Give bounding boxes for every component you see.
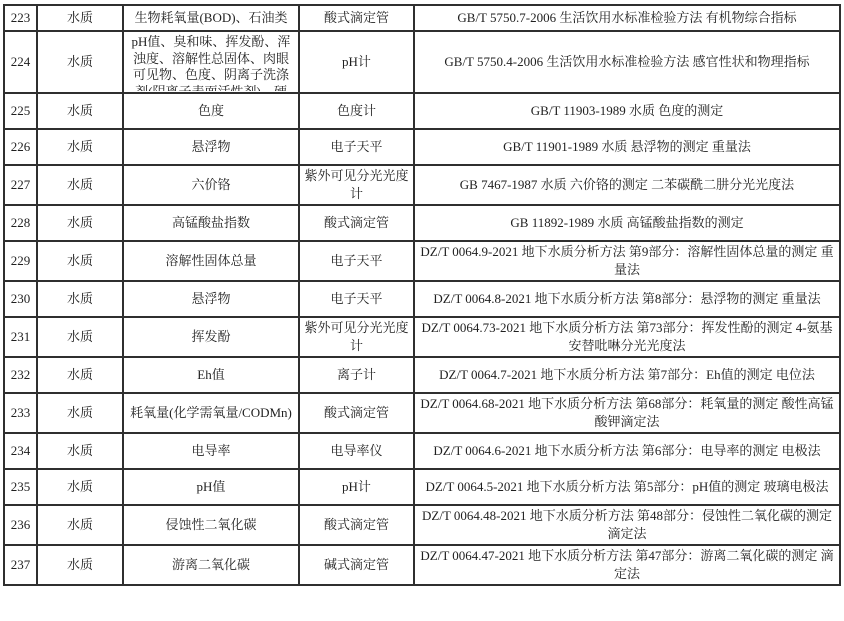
category-text: 水质 (67, 10, 93, 25)
cell-instrument: 紫外可见分光光度计 (299, 317, 414, 357)
parameter-text: 耗氧量(化学需氧量/CODMn) (130, 405, 292, 420)
table-row: 226 水质 悬浮物 电子天平 GB/T 11901-1989 水质 悬浮物的测… (4, 129, 840, 165)
cell-row-number: 227 (4, 165, 37, 205)
instrument-text: 酸式滴定管 (324, 10, 389, 25)
parameter-text: 游离二氧化碳 (172, 557, 250, 572)
parameter-text: 六价铬 (191, 177, 230, 192)
category-text: 水质 (67, 443, 93, 458)
parameter-text: pH值、臭和味、挥发酚、浑浊度、溶解性总固体、肉眼可见物、色度、阴离子洗涤剂(阴… (127, 33, 295, 91)
standard-text: DZ/T 0064.8-2021 地下水质分析方法 第8部分：悬浮物的测定 重量… (433, 291, 820, 306)
cell-parameter: 挥发酚 (123, 317, 299, 357)
category-text: 水质 (67, 557, 93, 572)
parameter-text: 电导率 (191, 443, 230, 458)
cell-parameter: 高锰酸盐指数 (123, 205, 299, 241)
cell-category: 水质 (37, 5, 123, 31)
category-text: 水质 (67, 405, 93, 420)
row-number-text: 225 (11, 103, 31, 118)
cell-row-number: 237 (4, 545, 37, 585)
parameter-text: 溶解性固体总量 (165, 253, 256, 268)
table-row: 230 水质 悬浮物 电子天平 DZ/T 0064.8-2021 地下水质分析方… (4, 281, 840, 317)
table-row: 236 水质 侵蚀性二氧化碳 酸式滴定管 DZ/T 0064.48-2021 地… (4, 505, 840, 545)
cell-standard: GB 7467-1987 水质 六价铬的测定 二苯碳酰二肼分光光度法 (414, 165, 840, 205)
cell-category: 水质 (37, 469, 123, 505)
cell-row-number: 228 (4, 205, 37, 241)
instrument-text: 紫外可见分光光度计 (304, 320, 408, 353)
cell-parameter: 悬浮物 (123, 129, 299, 165)
category-text: 水质 (67, 291, 93, 306)
cell-category: 水质 (37, 545, 123, 585)
row-number-text: 236 (11, 517, 31, 532)
document-page: 223 水质 生物耗氧量(BOD)、石油类 酸式滴定管 GB/T 5750.7-… (0, 0, 844, 621)
table-row: 235 水质 pH值 pH计 DZ/T 0064.5-2021 地下水质分析方法… (4, 469, 840, 505)
row-number-text: 235 (11, 479, 31, 494)
cell-category: 水质 (37, 317, 123, 357)
cell-parameter: 电导率 (123, 433, 299, 469)
standard-text: GB/T 11903-1989 水质 色度的测定 (531, 103, 723, 118)
table-row: 229 水质 溶解性固体总量 电子天平 DZ/T 0064.9-2021 地下水… (4, 241, 840, 281)
cell-instrument: 紫外可见分光光度计 (299, 165, 414, 205)
cell-standard: GB/T 5750.4-2006 生活饮用水标准检验方法 感官性状和物理指标 (414, 31, 840, 93)
instrument-text: 离子计 (337, 367, 376, 382)
cell-category: 水质 (37, 393, 123, 433)
instrument-text: 碱式滴定管 (324, 557, 389, 572)
parameter-text: 侵蚀性二氧化碳 (165, 517, 256, 532)
parameter-text: 悬浮物 (191, 139, 230, 154)
cell-standard: DZ/T 0064.6-2021 地下水质分析方法 第6部分：电导率的测定 电极… (414, 433, 840, 469)
cell-parameter: 耗氧量(化学需氧量/CODMn) (123, 393, 299, 433)
cell-category: 水质 (37, 505, 123, 545)
category-text: 水质 (67, 215, 93, 230)
cell-standard: DZ/T 0064.47-2021 地下水质分析方法 第47部分：游离二氧化碳的… (414, 545, 840, 585)
table-body: 223 水质 生物耗氧量(BOD)、石油类 酸式滴定管 GB/T 5750.7-… (4, 5, 840, 585)
standard-text: DZ/T 0064.68-2021 地下水质分析方法 第68部分：耗氧量的测定 … (420, 396, 833, 429)
cell-row-number: 233 (4, 393, 37, 433)
cell-row-number: 224 (4, 31, 37, 93)
instrument-text: 电子天平 (330, 291, 382, 306)
row-number-text: 233 (11, 405, 31, 420)
row-number-text: 224 (11, 54, 31, 69)
instrument-text: 电子天平 (330, 253, 382, 268)
cell-instrument: 离子计 (299, 357, 414, 393)
cell-instrument: 电子天平 (299, 129, 414, 165)
cell-row-number: 235 (4, 469, 37, 505)
cell-parameter: 悬浮物 (123, 281, 299, 317)
cell-standard: DZ/T 0064.73-2021 地下水质分析方法 第73部分：挥发性酚的测定… (414, 317, 840, 357)
cell-row-number: 232 (4, 357, 37, 393)
cell-standard: GB 11892-1989 水质 高锰酸盐指数的测定 (414, 205, 840, 241)
cell-parameter: pH值、臭和味、挥发酚、浑浊度、溶解性总固体、肉眼可见物、色度、阴离子洗涤剂(阴… (123, 31, 299, 93)
table-row: 225 水质 色度 色度计 GB/T 11903-1989 水质 色度的测定 (4, 93, 840, 129)
cell-category: 水质 (37, 129, 123, 165)
category-text: 水质 (67, 253, 93, 268)
cell-standard: GB/T 11901-1989 水质 悬浮物的测定 重量法 (414, 129, 840, 165)
table-row: 233 水质 耗氧量(化学需氧量/CODMn) 酸式滴定管 DZ/T 0064.… (4, 393, 840, 433)
cell-category: 水质 (37, 281, 123, 317)
parameter-text: 悬浮物 (191, 291, 230, 306)
standard-text: DZ/T 0064.48-2021 地下水质分析方法 第48部分：侵蚀性二氧化碳… (422, 508, 832, 541)
category-text: 水质 (67, 177, 93, 192)
standard-text: DZ/T 0064.7-2021 地下水质分析方法 第7部分：Eh值的测定 电位… (439, 367, 815, 382)
standard-text: DZ/T 0064.6-2021 地下水质分析方法 第6部分：电导率的测定 电极… (433, 443, 820, 458)
row-number-text: 223 (11, 10, 31, 25)
instrument-text: 色度计 (337, 103, 376, 118)
standard-text: GB/T 5750.7-2006 生活饮用水标准检验方法 有机物综合指标 (457, 10, 796, 25)
parameter-text: 高锰酸盐指数 (172, 215, 250, 230)
standard-text: GB 7467-1987 水质 六价铬的测定 二苯碳酰二肼分光光度法 (460, 177, 794, 192)
instrument-text: pH计 (342, 479, 371, 494)
cell-instrument: 酸式滴定管 (299, 505, 414, 545)
row-number-text: 226 (11, 139, 31, 154)
cell-category: 水质 (37, 205, 123, 241)
standard-text: DZ/T 0064.73-2021 地下水质分析方法 第73部分：挥发性酚的测定… (421, 320, 832, 353)
category-text: 水质 (67, 367, 93, 382)
standard-text: DZ/T 0064.47-2021 地下水质分析方法 第47部分：游离二氧化碳的… (420, 548, 833, 581)
cell-instrument: 电子天平 (299, 241, 414, 281)
category-text: 水质 (67, 479, 93, 494)
table-row: 231 水质 挥发酚 紫外可见分光光度计 DZ/T 0064.73-2021 地… (4, 317, 840, 357)
parameter-text: pH值 (197, 479, 226, 494)
cell-instrument: 碱式滴定管 (299, 545, 414, 585)
row-number-text: 237 (11, 557, 31, 572)
cell-parameter: 侵蚀性二氧化碳 (123, 505, 299, 545)
cell-category: 水质 (37, 93, 123, 129)
cell-category: 水质 (37, 241, 123, 281)
cell-instrument: pH计 (299, 31, 414, 93)
table-row: 228 水质 高锰酸盐指数 酸式滴定管 GB 11892-1989 水质 高锰酸… (4, 205, 840, 241)
table-row: 232 水质 Eh值 离子计 DZ/T 0064.7-2021 地下水质分析方法… (4, 357, 840, 393)
table-row: 227 水质 六价铬 紫外可见分光光度计 GB 7467-1987 水质 六价铬… (4, 165, 840, 205)
cell-parameter: Eh值 (123, 357, 299, 393)
cell-parameter: 六价铬 (123, 165, 299, 205)
table-row: 223 水质 生物耗氧量(BOD)、石油类 酸式滴定管 GB/T 5750.7-… (4, 5, 840, 31)
cell-row-number: 226 (4, 129, 37, 165)
cell-standard: DZ/T 0064.8-2021 地下水质分析方法 第8部分：悬浮物的测定 重量… (414, 281, 840, 317)
cell-standard: GB/T 11903-1989 水质 色度的测定 (414, 93, 840, 129)
cell-parameter: 溶解性固体总量 (123, 241, 299, 281)
cell-row-number: 229 (4, 241, 37, 281)
instrument-text: 电导率仪 (330, 443, 382, 458)
category-text: 水质 (67, 517, 93, 532)
cell-parameter: 游离二氧化碳 (123, 545, 299, 585)
cell-row-number: 234 (4, 433, 37, 469)
standard-text: GB 11892-1989 水质 高锰酸盐指数的测定 (510, 215, 743, 230)
cell-instrument: pH计 (299, 469, 414, 505)
standard-text: DZ/T 0064.5-2021 地下水质分析方法 第5部分：pH值的测定 玻璃… (425, 479, 828, 494)
instrument-text: 酸式滴定管 (324, 405, 389, 420)
cell-instrument: 酸式滴定管 (299, 205, 414, 241)
cell-row-number: 231 (4, 317, 37, 357)
category-text: 水质 (67, 139, 93, 154)
row-number-text: 231 (11, 329, 31, 344)
parameter-text: 生物耗氧量(BOD)、石油类 (134, 10, 287, 25)
instrument-text: 酸式滴定管 (324, 215, 389, 230)
cell-standard: DZ/T 0064.7-2021 地下水质分析方法 第7部分：Eh值的测定 电位… (414, 357, 840, 393)
cell-parameter: pH值 (123, 469, 299, 505)
row-number-text: 229 (11, 253, 31, 268)
cell-instrument: 电子天平 (299, 281, 414, 317)
parameter-text: 色度 (198, 103, 224, 118)
cell-parameter: 色度 (123, 93, 299, 129)
row-number-text: 227 (11, 177, 31, 192)
table-row: 237 水质 游离二氧化碳 碱式滴定管 DZ/T 0064.47-2021 地下… (4, 545, 840, 585)
instrument-text: 紫外可见分光光度计 (304, 168, 408, 201)
table-row: 224 水质 pH值、臭和味、挥发酚、浑浊度、溶解性总固体、肉眼可见物、色度、阴… (4, 31, 840, 93)
standard-text: DZ/T 0064.9-2021 地下水质分析方法 第9部分：溶解性固体总量的测… (420, 244, 833, 277)
cell-category: 水质 (37, 31, 123, 93)
instrument-text: pH计 (342, 54, 371, 69)
instrument-text: 电子天平 (330, 139, 382, 154)
cell-instrument: 电导率仪 (299, 433, 414, 469)
cell-standard: DZ/T 0064.48-2021 地下水质分析方法 第48部分：侵蚀性二氧化碳… (414, 505, 840, 545)
row-number-text: 230 (11, 291, 31, 306)
cell-row-number: 223 (4, 5, 37, 31)
parameter-text: 挥发酚 (191, 329, 230, 344)
cell-standard: DZ/T 0064.68-2021 地下水质分析方法 第68部分：耗氧量的测定 … (414, 393, 840, 433)
row-number-text: 234 (11, 443, 31, 458)
table-row: 234 水质 电导率 电导率仪 DZ/T 0064.6-2021 地下水质分析方… (4, 433, 840, 469)
cell-standard: GB/T 5750.7-2006 生活饮用水标准检验方法 有机物综合指标 (414, 5, 840, 31)
methods-table: 223 水质 生物耗氧量(BOD)、石油类 酸式滴定管 GB/T 5750.7-… (3, 4, 841, 586)
category-text: 水质 (67, 329, 93, 344)
cell-row-number: 225 (4, 93, 37, 129)
row-number-text: 228 (11, 215, 31, 230)
cell-instrument: 酸式滴定管 (299, 5, 414, 31)
cell-parameter: 生物耗氧量(BOD)、石油类 (123, 5, 299, 31)
cell-row-number: 230 (4, 281, 37, 317)
cell-standard: DZ/T 0064.9-2021 地下水质分析方法 第9部分：溶解性固体总量的测… (414, 241, 840, 281)
instrument-text: 酸式滴定管 (324, 517, 389, 532)
category-text: 水质 (67, 103, 93, 118)
category-text: 水质 (67, 54, 93, 69)
standard-text: GB/T 5750.4-2006 生活饮用水标准检验方法 感官性状和物理指标 (444, 54, 809, 69)
row-number-text: 232 (11, 367, 31, 382)
cell-category: 水质 (37, 357, 123, 393)
cell-instrument: 色度计 (299, 93, 414, 129)
cell-instrument: 酸式滴定管 (299, 393, 414, 433)
cell-category: 水质 (37, 165, 123, 205)
parameter-text: Eh值 (197, 367, 224, 382)
cell-row-number: 236 (4, 505, 37, 545)
cell-standard: DZ/T 0064.5-2021 地下水质分析方法 第5部分：pH值的测定 玻璃… (414, 469, 840, 505)
standard-text: GB/T 11901-1989 水质 悬浮物的测定 重量法 (503, 139, 751, 154)
cell-category: 水质 (37, 433, 123, 469)
